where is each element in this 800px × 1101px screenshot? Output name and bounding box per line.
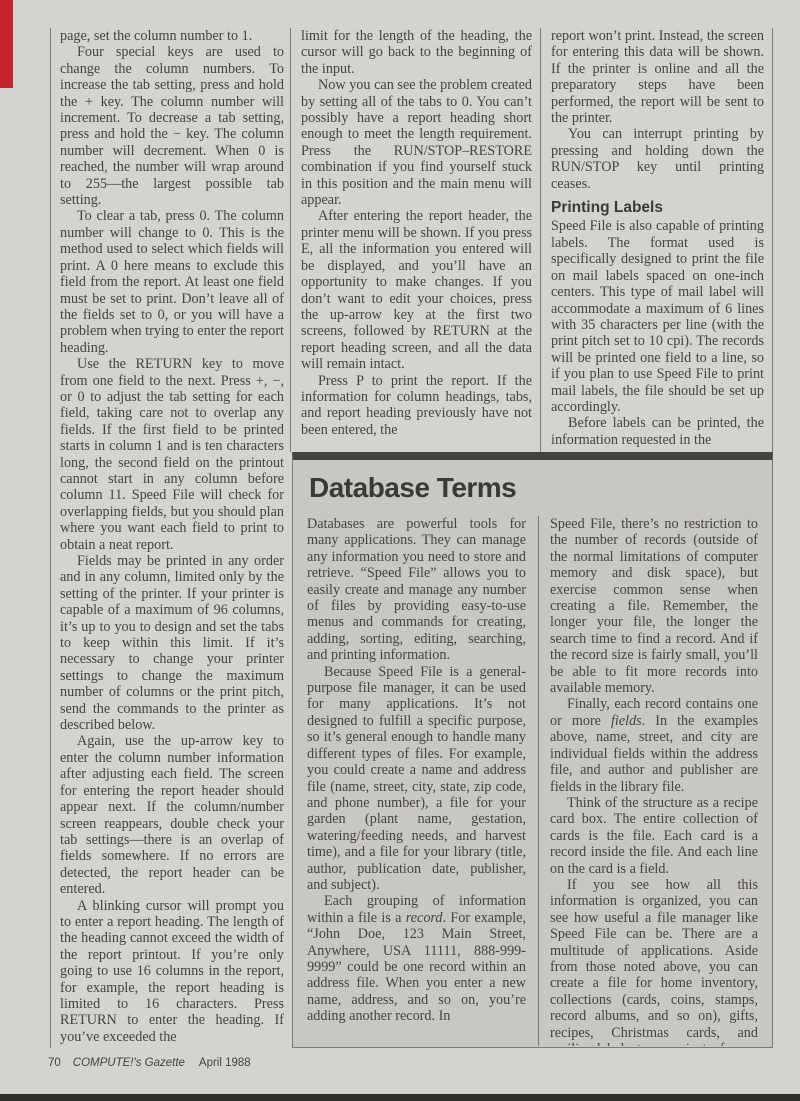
sidebar-box-column-left: Databases are powerful tools for many ap… — [307, 516, 526, 1046]
paragraph: Fields may be printed in any order and i… — [60, 553, 284, 733]
paragraph: Again, use the up-arrow key to enter the… — [60, 733, 284, 897]
paragraph: Four special keys are used to change the… — [60, 44, 284, 208]
paragraph: After entering the report header, the pr… — [301, 208, 532, 372]
paragraph: Finally, each record contains one or mor… — [550, 696, 758, 794]
paragraph: Speed File is also capable of printing l… — [551, 218, 764, 415]
magazine-name: COMPUTE!'s Gazette — [73, 1057, 185, 1069]
article-column-1: page, set the column number to 1.Four sp… — [60, 28, 284, 1050]
paragraph: Press P to print the report. If the info… — [301, 373, 532, 439]
paragraph: Speed File, there’s no restriction to th… — [550, 516, 758, 696]
paragraph: A blinking cursor will prompt you to ent… — [60, 898, 284, 1046]
paragraph: Use the RETURN key to move from one fiel… — [60, 356, 284, 553]
sidebar-box-column-right: Speed File, there’s no restriction to th… — [550, 516, 758, 1046]
paragraph: Databases are powerful tools for many ap… — [307, 516, 526, 664]
paragraph: limit for the length of the heading, the… — [301, 28, 532, 77]
sidebar-box-title: Database Terms — [309, 472, 758, 504]
column-rule-1 — [290, 28, 291, 452]
database-terms-box: Database Terms Databases are powerful to… — [292, 452, 773, 1048]
sidebar-box-column-rule — [538, 516, 539, 1046]
paragraph: Now you can see the problem created by s… — [301, 77, 532, 208]
column-rule-left — [50, 28, 51, 1048]
paragraph: If you see how all this information is o… — [550, 877, 758, 1046]
page-number: 70 — [48, 1057, 61, 1069]
column-rule-2 — [540, 28, 541, 452]
paragraph: To clear a tab, press 0. The column numb… — [60, 208, 284, 356]
column-rule-right — [772, 28, 773, 452]
paragraph: You can interrupt printing by pressing a… — [551, 126, 764, 192]
page-bottom-edge — [0, 1094, 800, 1101]
page-edge-red-mark — [0, 0, 13, 88]
sidebar-box-columns: Databases are powerful tools for many ap… — [307, 516, 758, 1046]
section-heading: Printing Labels — [551, 200, 764, 216]
page-footer: 70 COMPUTE!'s Gazette April 1988 — [48, 1057, 251, 1069]
paragraph: page, set the column number to 1. — [60, 28, 284, 44]
paragraph: Each grouping of information within a fi… — [307, 893, 526, 1024]
paragraph: Think of the structure as a recipe card … — [550, 795, 758, 877]
paragraph: Because Speed File is a general-purpose … — [307, 664, 526, 894]
paragraph: report won’t print. Instead, the screen … — [551, 28, 764, 126]
article-column-3: report won’t print. Instead, the screen … — [551, 28, 764, 452]
article-column-2: limit for the length of the heading, the… — [301, 28, 532, 452]
issue-date: April 1988 — [199, 1057, 251, 1069]
paragraph: Before labels can be printed, the inform… — [551, 415, 764, 448]
magazine-page: { "colors":{ "page_bg":"#d5d3d0", "box_b… — [0, 0, 800, 1101]
